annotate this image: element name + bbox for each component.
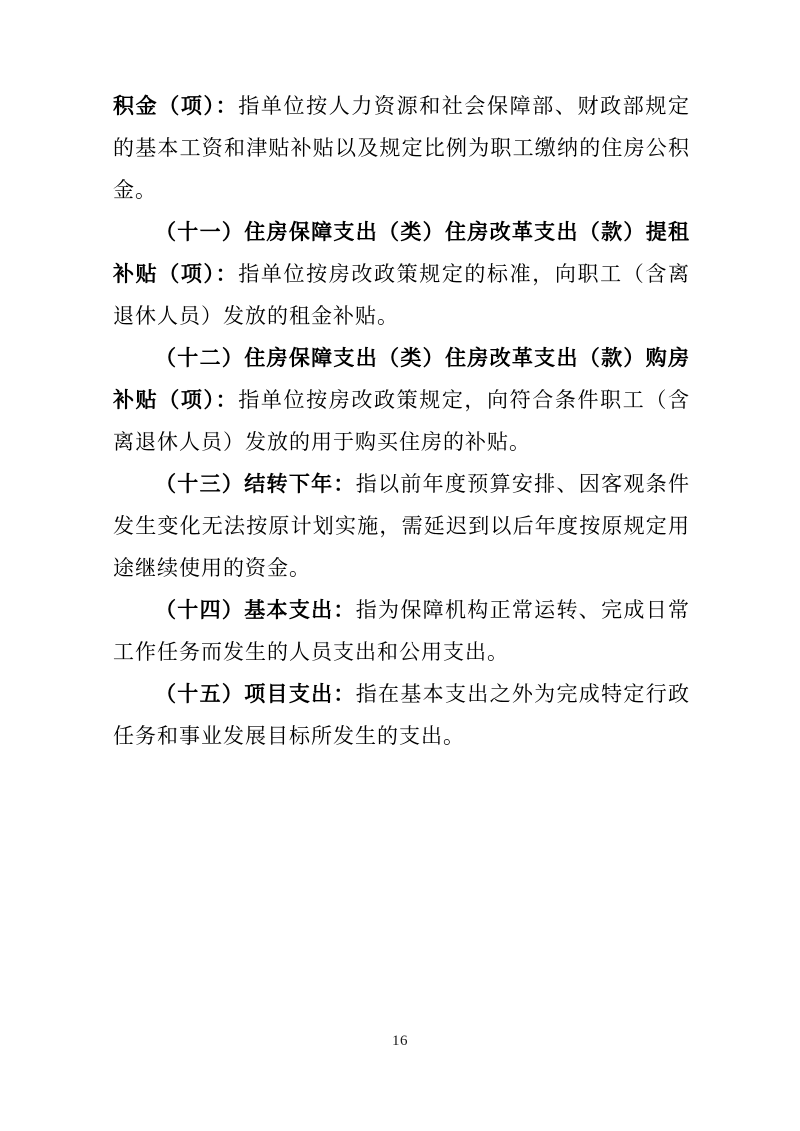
paragraph-lead: （十三）结转下年：	[155, 472, 356, 496]
paragraph-item-15-project-expenditure: （十五）项目支出：指在基本支出之外为完成特定行政任务和事业发展目标所发生的支出。	[113, 673, 690, 757]
paragraph-item-11-rent-subsidy: （十一）住房保障支出（类）住房改革支出（款）提租补贴（项）：指单位按房改政策规定…	[113, 211, 690, 337]
document-content: 积金（项）：指单位按人力资源和社会保障部、财政部规定的基本工资和津贴补贴以及规定…	[113, 85, 690, 757]
page-footer: 16	[0, 1032, 800, 1050]
paragraph-housing-fund-continued: 积金（项）：指单位按人力资源和社会保障部、财政部规定的基本工资和津贴补贴以及规定…	[113, 85, 690, 211]
paragraph-lead: （十五）项目支出：	[155, 682, 356, 706]
paragraph-lead: （十四）基本支出：	[155, 598, 356, 622]
page-number: 16	[392, 1033, 408, 1049]
paragraph-item-14-basic-expenditure: （十四）基本支出：指为保障机构正常运转、完成日常工作任务而发生的人员支出和公用支…	[113, 589, 690, 673]
paragraph-item-12-purchase-subsidy: （十二）住房保障支出（类）住房改革支出（款）购房补贴（项）：指单位按房改政策规定…	[113, 337, 690, 463]
paragraph-lead: 积金（项）：	[113, 94, 238, 118]
paragraph-item-13-carryover: （十三）结转下年：指以前年度预算安排、因客观条件发生变化无法按原计划实施，需延迟…	[113, 463, 690, 589]
document-page: 积金（项）：指单位按人力资源和社会保障部、财政部规定的基本工资和津贴补贴以及规定…	[0, 0, 800, 1131]
